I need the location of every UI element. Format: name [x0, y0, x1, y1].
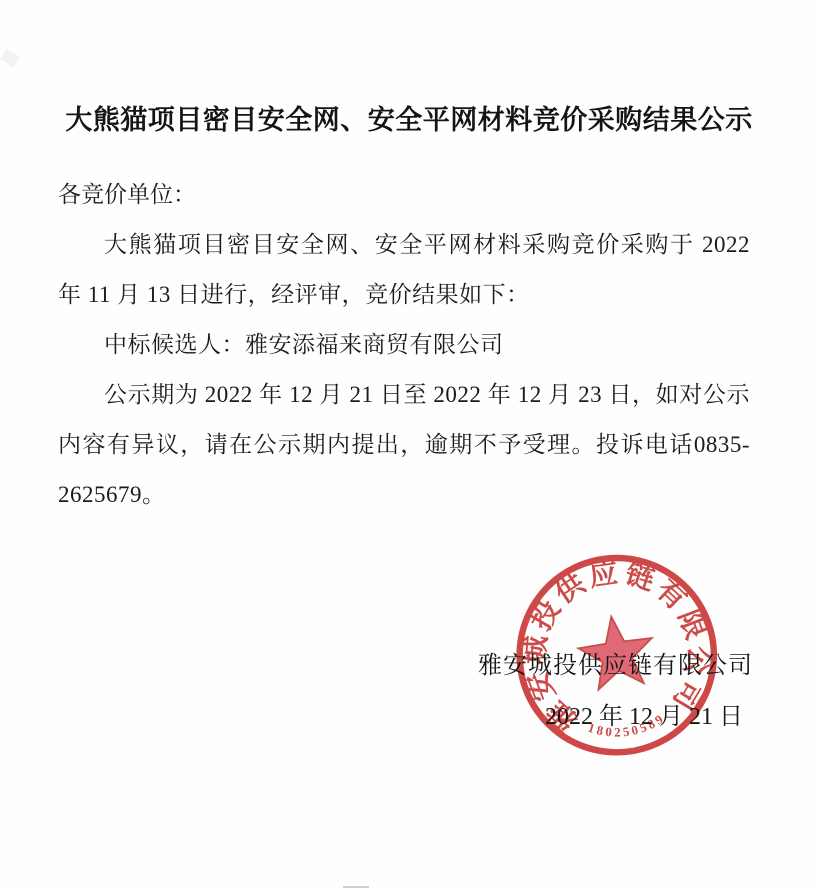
paragraph-bid-info: 大熊猫项目密目安全网、安全平网材料采购竞价采购于 2022 年 11 月 13 …: [58, 220, 750, 320]
signature-company: 雅安城投供应链有限公司: [478, 651, 753, 681]
salutation: 各竞价单位：: [58, 170, 750, 220]
notice-body: 各竞价单位： 大熊猫项目密目安全网、安全平网材料采购竞价采购于 2022 年 1…: [0, 170, 818, 520]
scanned-notice-page: 大熊猫项目密目安全网、安全平网材料竞价采购结果公示 各竞价单位： 大熊猫项目密目…: [0, 0, 818, 890]
paragraph-publicity-period: 公示期为 2022 年 12 月 21 日至 2022 年 12 月 23 日，…: [58, 370, 750, 520]
signature-date: 2022 年 12 月 21 日: [545, 702, 743, 732]
notice-title: 大熊猫项目密目安全网、安全平网材料竞价采购结果公示: [0, 0, 818, 140]
scan-artifact-line: [343, 886, 369, 888]
paragraph-winner: 中标候选人：雅安添福来商贸有限公司: [58, 320, 750, 370]
